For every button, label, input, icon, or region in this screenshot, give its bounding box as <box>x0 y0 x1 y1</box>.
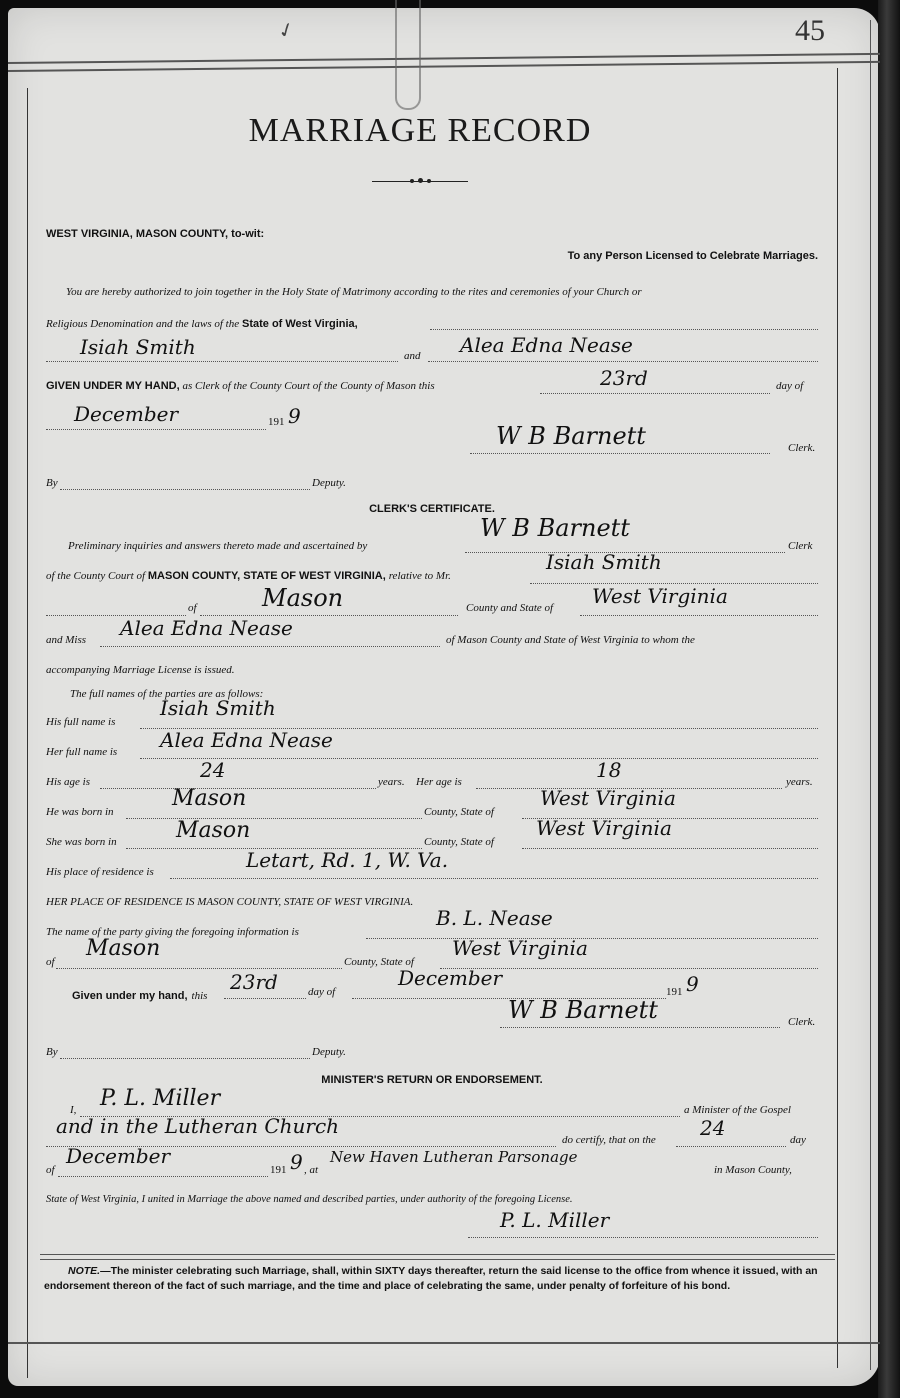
given-day: 23rd <box>230 970 278 994</box>
of-label-2: of <box>46 1164 55 1176</box>
given-text: as Clerk of the County Court of the Coun… <box>183 380 435 392</box>
day-of-label: day of <box>776 380 803 392</box>
note-label: NOTE.— <box>44 1265 111 1277</box>
deputy-label-2: Deputy. <box>312 1046 346 1058</box>
title-ornament-icon <box>372 178 468 186</box>
clerks-certificate-heading: CLERK'S CERTIFICATE. <box>46 503 818 515</box>
by-label-2: By <box>46 1046 58 1058</box>
groom-state: West Virginia <box>592 584 728 608</box>
certificate-groom-name: Isiah Smith <box>546 550 662 574</box>
bottom-rule <box>8 1342 880 1344</box>
license-year-prefix: 191 <box>268 416 285 428</box>
her-age-label: Her age is <box>416 776 462 788</box>
license-year-digit: 9 <box>288 404 301 428</box>
in-county-text: in Mason County, <box>714 1164 792 1176</box>
relative-to: relative to Mr. <box>389 570 451 582</box>
her-residence: HER PLACE OF RESIDENCE IS MASON COUNTY, … <box>46 896 413 908</box>
authorization-text: You are hereby authorized to join togeth… <box>66 286 838 298</box>
minister-signature: P. L. Miller <box>500 1208 609 1232</box>
do-certify-text: do certify, that on the <box>562 1134 656 1146</box>
she-born-county: Mason <box>176 818 250 843</box>
license-day: 23rd <box>600 366 648 390</box>
given-year-digit: 9 <box>686 972 699 996</box>
informant-state: West Virginia <box>452 936 588 960</box>
his-full-name: Isiah Smith <box>160 696 276 720</box>
at-label: , at <box>304 1164 318 1176</box>
clerk-label: Clerk. <box>788 442 815 454</box>
page-number: 45 <box>795 14 825 48</box>
note-body: The minister celebrating such Marriage, … <box>44 1265 818 1292</box>
and-miss-label: and Miss <box>46 634 86 646</box>
day-label: day <box>790 1134 806 1146</box>
paper-clip-mark <box>395 0 421 110</box>
marriage-place: New Haven Lutheran Parsonage <box>330 1148 578 1166</box>
license-heading: WEST VIRGINIA, MASON COUNTY, to-wit: <box>46 228 818 240</box>
given-under-hand: GIVEN UNDER MY HAND, <box>46 380 180 392</box>
note-rule <box>40 1254 835 1260</box>
license-addressee: To any Person Licensed to Celebrate Marr… <box>46 250 818 262</box>
page-title: MARRIAGE RECORD <box>0 112 840 150</box>
minister-month: December <box>66 1144 170 1168</box>
county-state-of: County, State of <box>424 806 494 818</box>
minister-of-gospel: a Minister of the Gospel <box>684 1104 791 1116</box>
state-name: State of West Virginia, <box>242 318 358 330</box>
years-label-2: years. <box>786 776 813 788</box>
her-full-name: Alea Edna Nease <box>160 728 333 752</box>
certificate-clerk-name: W B Barnett <box>480 514 630 542</box>
informant-label: The name of the party giving the foregoi… <box>46 926 299 938</box>
court-prefix: of the County Court of <box>46 570 145 582</box>
informant-name: B. L. Nease <box>436 906 553 930</box>
her-name-label: Her full name is <box>46 746 117 758</box>
certificate-bride-name: Alea Edna Nease <box>120 616 293 640</box>
minister-church: and in the Lutheran Church <box>56 1114 339 1138</box>
book-edge <box>878 0 900 1398</box>
clerk-label-2: Clerk. <box>788 1016 815 1028</box>
clerk-signature-2: W B Barnett <box>508 996 658 1024</box>
bride-county-text: of Mason County and State of West Virgin… <box>446 634 695 646</box>
informant-of-label: of <box>46 956 55 968</box>
by-label: By <box>46 477 58 489</box>
bride-name: Alea Edna Nease <box>460 333 633 357</box>
minister-day: 24 <box>700 1116 725 1140</box>
her-age: 18 <box>596 758 621 782</box>
minister-year-digit: 9 <box>290 1150 303 1174</box>
he-born-state: West Virginia <box>540 786 676 810</box>
note-text: NOTE.—The minister celebrating such Marr… <box>44 1264 834 1294</box>
deputy-label: Deputy. <box>312 477 346 489</box>
county-state-label: County and State of <box>466 602 553 614</box>
authorization-text-2: Religious Denomination and the laws of t… <box>46 318 239 330</box>
given-under-hand-2: Given under my hand, <box>72 990 188 1002</box>
he-born-county: Mason <box>172 786 246 811</box>
groom-name: Isiah Smith <box>80 335 196 359</box>
given-year-prefix: 191 <box>666 986 683 998</box>
left-margin-rule <box>27 88 28 1378</box>
county-state-of-2: County, State of <box>424 836 494 848</box>
license-issued-text: accompanying Marriage License is issued. <box>46 664 235 676</box>
outer-margin-rule <box>870 20 871 1370</box>
given-month: December <box>398 966 502 990</box>
clerk-signature: W B Barnett <box>496 422 646 450</box>
united-text: State of West Virginia, I united in Marr… <box>46 1194 572 1205</box>
and-label: and <box>404 350 421 362</box>
ministers-return-heading: MINISTER'S RETURN OR ENDORSEMENT. <box>46 1074 818 1086</box>
his-residence: Letart, Rd. 1, W. Va. <box>246 848 448 872</box>
his-age: 24 <box>200 758 225 782</box>
minister-year-prefix: 191 <box>270 1164 287 1176</box>
right-margin-rule <box>837 68 838 1368</box>
his-age-label: His age is <box>46 776 90 788</box>
groom-county: Mason <box>262 584 343 612</box>
his-residence-label: His place of residence is <box>46 866 154 878</box>
his-name-label: His full name is <box>46 716 115 728</box>
preliminary-text: Preliminary inquiries and answers theret… <box>68 540 367 552</box>
minister-name: P. L. Miller <box>100 1086 220 1111</box>
given-this: this <box>192 990 208 1002</box>
she-born-label: She was born in <box>46 836 117 848</box>
day-of: day of <box>308 986 335 998</box>
license-month: December <box>74 402 178 426</box>
certificate-clerk-label: Clerk <box>788 540 812 552</box>
court-name: MASON COUNTY, STATE OF WEST VIRGINIA, <box>148 570 386 582</box>
years-label: years. <box>378 776 405 788</box>
she-born-state: West Virginia <box>536 816 672 840</box>
of-label: of <box>188 602 197 614</box>
informant-county: Mason <box>86 936 160 961</box>
he-born-label: He was born in <box>46 806 114 818</box>
